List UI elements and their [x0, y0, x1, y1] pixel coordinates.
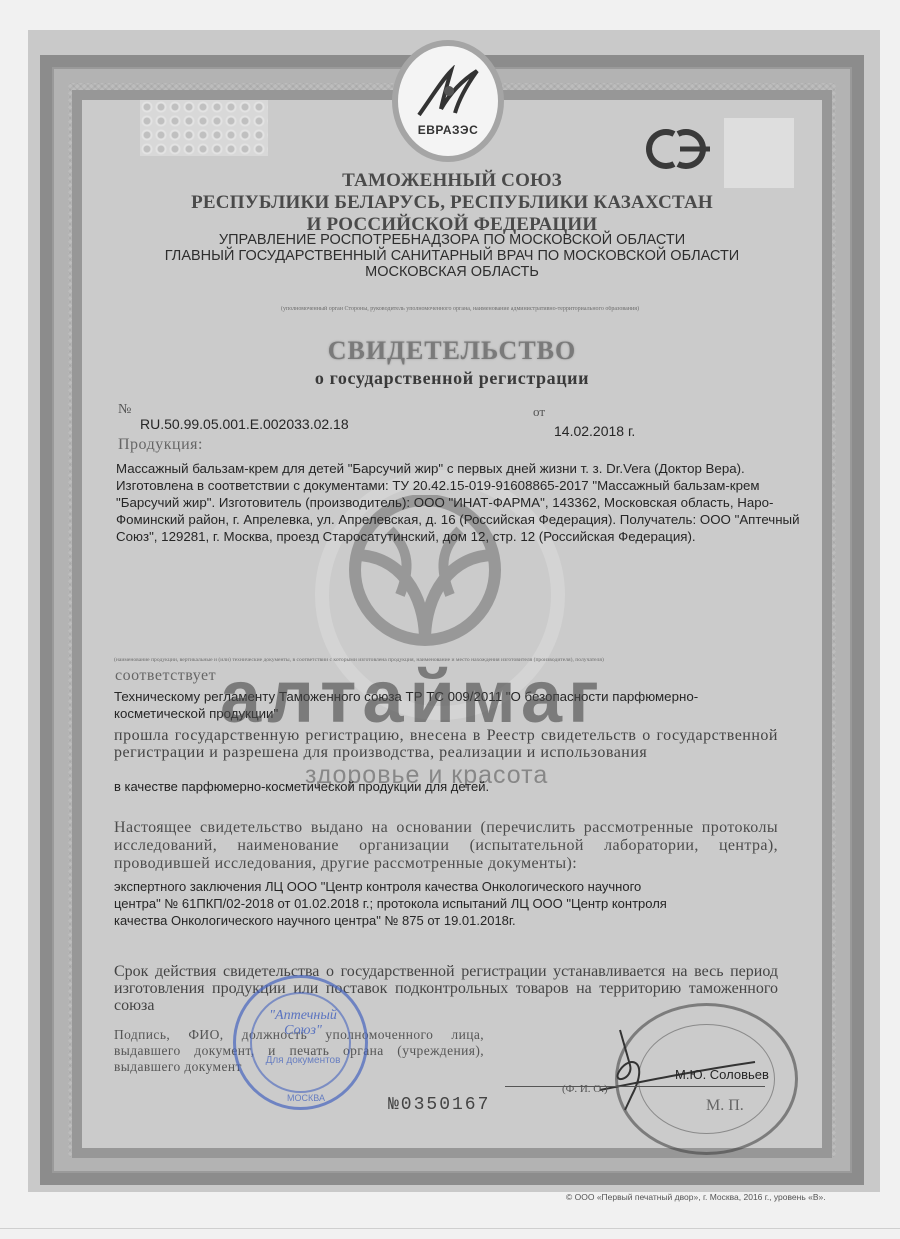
document-subtitle: о государственной регистрации: [82, 368, 822, 389]
issuing-authority: УПРАВЛЕНИЕ РОСПОТРЕБНАДЗОРА ПО МОСКОВСКО…: [82, 232, 822, 280]
signer-name: М.Ю. Соловьев: [675, 1067, 769, 1082]
authority-line: УПРАВЛЕНИЕ РОСПОТРЕБНАДЗОРА ПО МОСКОВСКО…: [82, 232, 822, 248]
union-title-line: РЕСПУБЛИКИ БЕЛАРУСЬ, РЕСПУБЛИКИ КАЗАХСТА…: [82, 192, 822, 214]
signature-line: [505, 1086, 765, 1087]
document-title: СВИДЕТЕЛЬСТВО: [82, 336, 822, 366]
conformity-mark-icon: [636, 126, 716, 172]
fio-caption: (Ф. И. О.): [562, 1083, 608, 1095]
page-edge: [0, 1228, 900, 1229]
printer-copyright: © ООО «Первый печатный двор», г. Москва,…: [566, 1192, 826, 1202]
registration-number: RU.50.99.05.001.Е.002033.02.18: [140, 416, 349, 432]
serial-number: №0350167: [388, 1095, 490, 1115]
eurasec-logo-icon: [413, 65, 483, 121]
blue-company-stamp: [233, 975, 368, 1110]
number-label: №: [118, 402, 131, 418]
basis-label: Настоящее свидетельство выдано на основа…: [114, 819, 778, 873]
authority-line: ГЛАВНЫЙ ГОСУДАРСТВЕННЫЙ САНИТАРНЫЙ ВРАЧ …: [82, 248, 822, 264]
registration-statement: прошла государственную регистрацию, внес…: [114, 727, 778, 761]
registration-date: 14.02.2018 г.: [554, 423, 635, 439]
emblem-label: ЕВРАЗЭС: [418, 123, 479, 137]
blue-stamp-city: МОСКВА: [266, 1093, 346, 1103]
blue-stamp-text: "Аптечный Союз": [263, 1008, 343, 1038]
product-label: Продукция:: [118, 436, 203, 454]
authority-caption: (уполномоченный орган Стороны, руководит…: [180, 306, 740, 312]
seal-place-label: М. П.: [706, 1097, 744, 1115]
basis-documents: экспертного заключения ЛЦ ООО "Центр кон…: [114, 878, 674, 929]
customs-union-title: ТАМОЖЕННЫЙ СОЮЗ РЕСПУБЛИКИ БЕЛАРУСЬ, РЕС…: [82, 170, 822, 236]
union-title-line: ТАМОЖЕННЫЙ СОЮЗ: [82, 170, 822, 192]
usage-purpose: в качестве парфюмерно-косметической прод…: [114, 779, 489, 794]
brand-watermark: алтаймаг: [220, 660, 605, 734]
eurasec-emblem: ЕВРАЗЭС: [392, 40, 504, 162]
authority-line: МОСКОВСКАЯ ОБЛАСТЬ: [82, 264, 822, 280]
date-label: от: [533, 404, 545, 420]
complies-label: соответствует: [115, 667, 216, 685]
hologram-pattern: [140, 100, 268, 156]
product-description: Массажный бальзам-крем для детей "Барсуч…: [116, 460, 800, 545]
blue-stamp-subtext: Для документов: [263, 1055, 343, 1066]
